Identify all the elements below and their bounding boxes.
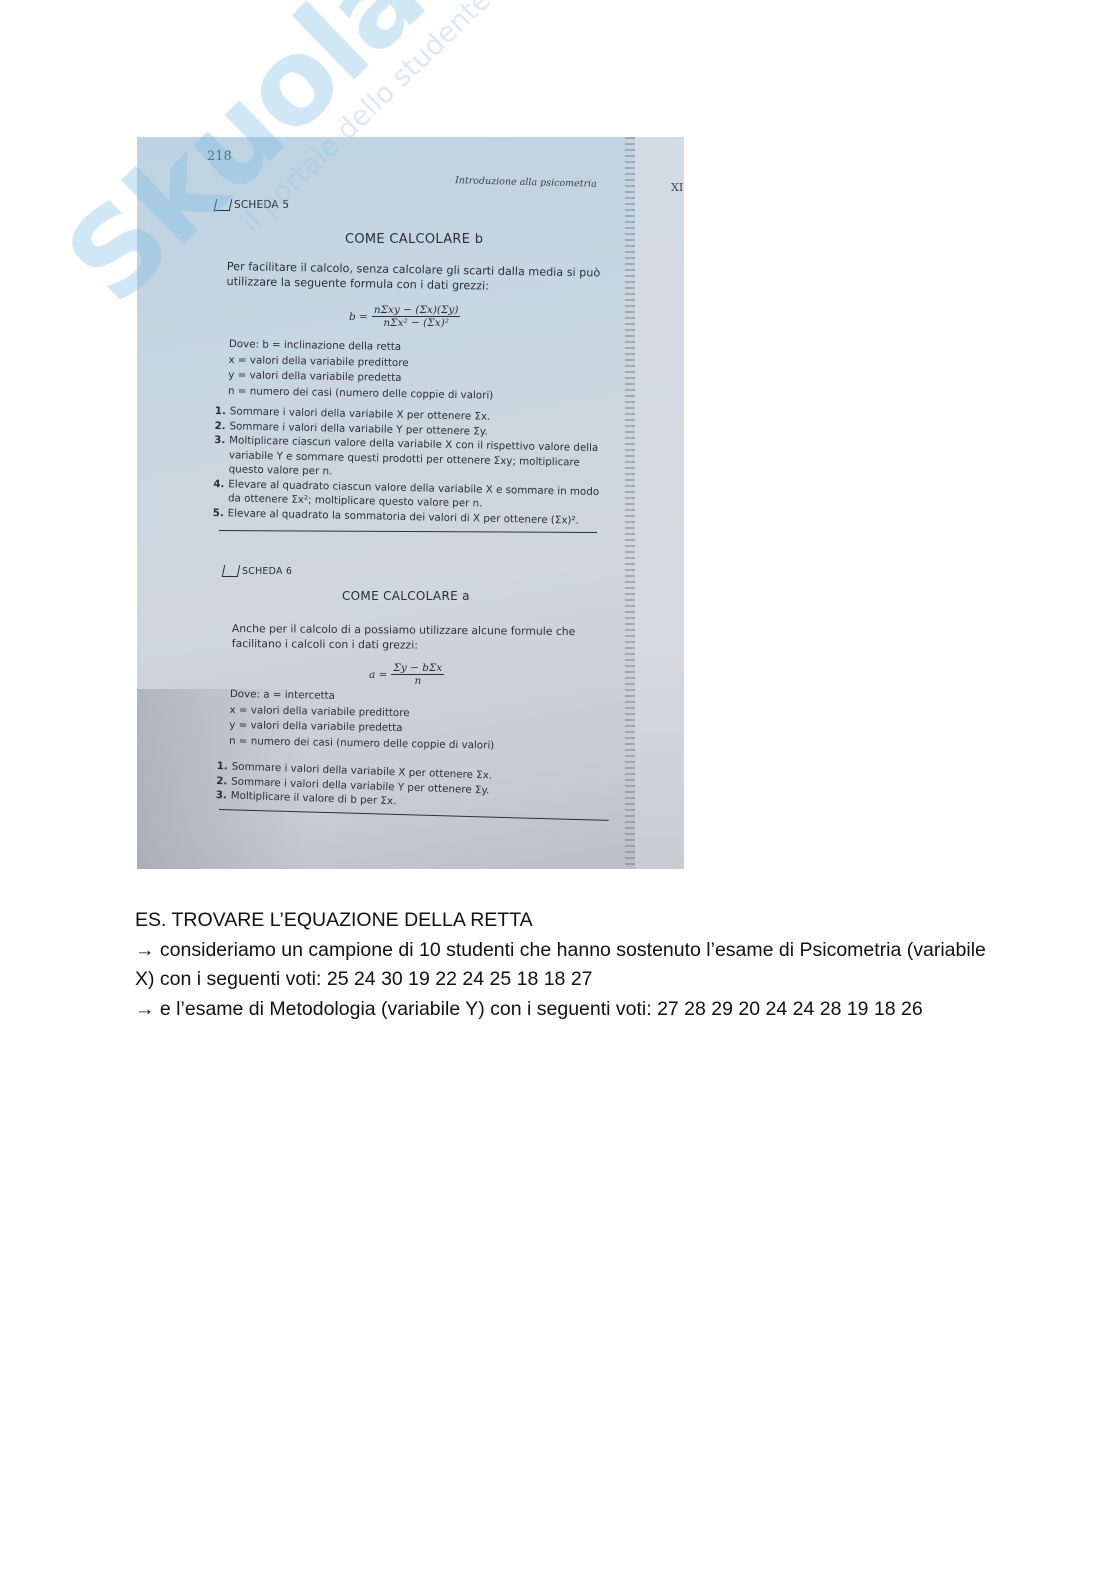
scheda-6-intro: Anche per il calcolo di a possiamo utili… [232, 621, 617, 654]
formula-b: b = nΣxy − (Σx)(Σy) nΣx² − (Σx)² [349, 304, 460, 329]
step-number: 4. [213, 476, 229, 505]
scheda-5-steps: 1.Sommare i valori della variabile X per… [213, 404, 605, 528]
step-number: 3. [213, 433, 229, 477]
exercise-title: ES. TROVARE L’EQUAZIONE DELLA RETTA [135, 906, 995, 936]
step-number: 2. [214, 418, 229, 433]
formula-a-fraction: Σy − bΣx n [391, 662, 444, 687]
scheda-6-definitions: Dove: a = intercetta x = valori della va… [229, 687, 495, 754]
notepad-icon [214, 199, 233, 211]
formula-a: a = Σy − bΣx n [369, 662, 444, 687]
step-text: Moltiplicare ciascun valore della variab… [228, 433, 604, 484]
step-number: 2. [216, 773, 231, 788]
scheda-6-label-text: SCHEDA 6 [242, 566, 292, 577]
section-divider [219, 530, 597, 533]
step-number: 3. [215, 788, 230, 803]
exercise-text: ES. TROVARE L’EQUAZIONE DELLA RETTA → co… [135, 906, 995, 1024]
notepad-icon [222, 565, 241, 577]
scheda-5-title: COME CALCOLARE b [345, 232, 483, 247]
exercise-line-x: → consideriamo un campione di 10 student… [135, 936, 995, 995]
formula-b-fraction: nΣxy − (Σx)(Σy) nΣx² − (Σx)² [372, 304, 461, 329]
definition-line: n = numero dei casi (numero delle coppie… [228, 383, 493, 403]
formula-b-numerator: nΣxy − (Σx)(Σy) [372, 304, 461, 317]
formula-b-denominator: nΣx² − (Σx)² [381, 317, 451, 329]
step-number: 1. [216, 759, 231, 774]
scheda-5-definitions: Dove: b = inclinazione della retta x = v… [228, 337, 494, 404]
facing-page-mark: XI [671, 181, 683, 194]
book-binding [625, 137, 635, 869]
facing-page-edge [635, 137, 684, 869]
page-number: 218 [207, 149, 232, 164]
formula-b-lhs: b = [349, 311, 368, 323]
scheda-6-title: COME CALCOLARE a [342, 589, 470, 603]
scheda-5-label-text: SCHEDA 5 [234, 199, 289, 211]
step-number: 5. [213, 505, 228, 520]
formula-a-lhs: a = [369, 669, 387, 681]
scheda-5-label: SCHEDA 5 [215, 199, 289, 211]
scheda-5-intro: Per facilitare il calcolo, senza calcola… [226, 259, 611, 296]
watermark-brand-suffix: .net [354, 0, 635, 26]
formula-a-denominator: n [412, 675, 423, 687]
formula-a-numerator: Σy − bΣx [391, 662, 444, 675]
step-number: 1. [215, 404, 230, 419]
scheda-6-label: SCHEDA 6 [223, 565, 292, 577]
running-head: Introduzione alla psicometria [455, 175, 597, 190]
book-page-photo: 218 Introduzione alla psicometria XI SCH… [137, 137, 684, 869]
exercise-line-y: → e l’esame di Metodologia (variabile Y)… [135, 995, 995, 1025]
